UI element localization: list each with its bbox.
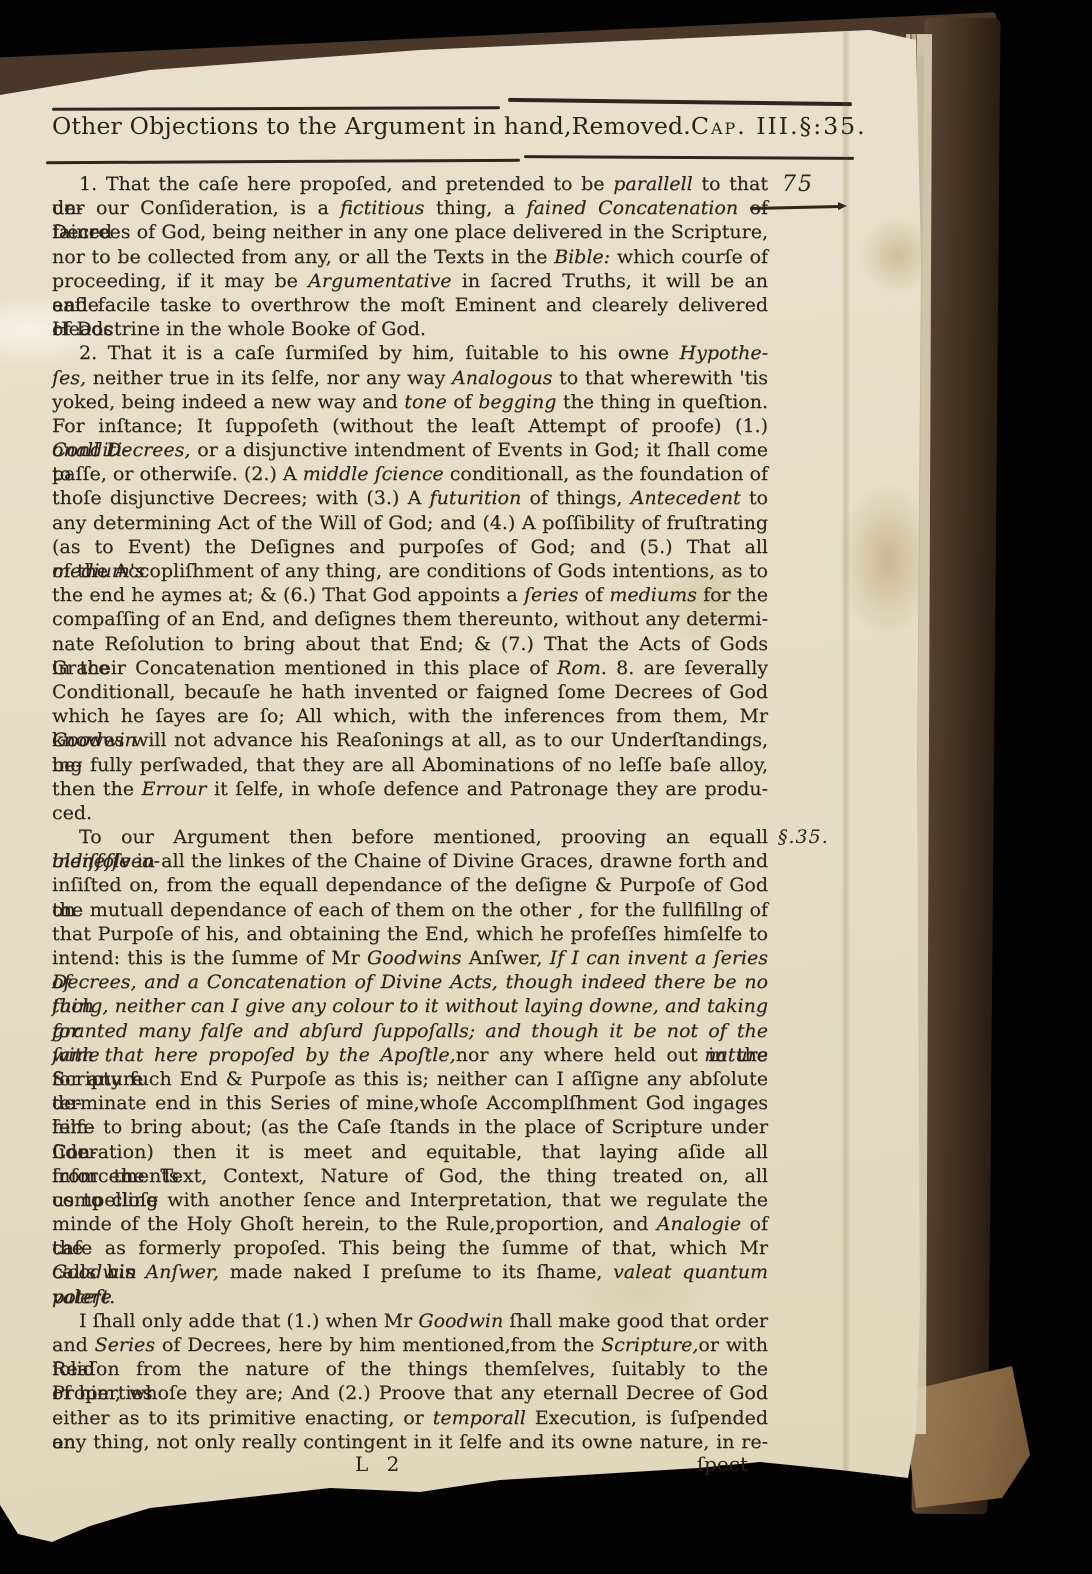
text-line: yoked, being indeed a new way and tone o…: [52, 390, 768, 414]
text-line: 2. That it is a caſe ſurmiſed by him, ſu…: [52, 341, 768, 365]
text-line: nate Reſolution to bring about that End;…: [52, 632, 768, 656]
text-line: poteſt.: [52, 1285, 768, 1309]
text-line: I ſhall only adde that (1.) when Mr Good…: [52, 1309, 768, 1333]
text-line: Decrees of God, being neither in any one…: [52, 220, 768, 244]
text-line: (as to Event) the Deſignes and purpoſes …: [52, 535, 768, 559]
text-line: minde of the Holy Ghoſt herein, to the R…: [52, 1212, 768, 1236]
text-line: Decrees, and a Concatenation of Divine A…: [52, 970, 768, 994]
text-line: intend: this is the ſumme of Mr Goodwins…: [52, 946, 768, 970]
photo-background: Other Objections to the Argument in hand…: [0, 0, 1092, 1574]
text-line: bleneſſe in all the linkes of the Chaine…: [52, 849, 768, 873]
text-line: onall Decrees, or a disjunctive intendme…: [52, 438, 768, 462]
page-number: 75: [782, 172, 814, 197]
text-column: 1. That the caſe here propoſed, and pret…: [52, 172, 768, 1454]
text-line: any thing, not only really contingent in…: [52, 1430, 768, 1454]
text-line: granted many falſe and abſurd ſuppoſalls…: [52, 1019, 768, 1043]
running-header: Other Objections to the Argument in hand…: [52, 112, 854, 140]
text-line: terminate end in this Series of mine,who…: [52, 1091, 768, 1115]
text-line: calls his Anſwer, made naked I preſume t…: [52, 1260, 768, 1284]
text-line: the mutuall dependance of each of them o…: [52, 898, 768, 922]
text-line: any determining Act of the Will of God; …: [52, 511, 768, 535]
text-line: with that here propoſed by the Apoſtle,n…: [52, 1043, 768, 1067]
signature-mark: L 2: [355, 1452, 405, 1476]
text-line: and facile taske to overthrow the moſt E…: [52, 293, 768, 317]
text-line: us to cloſe with another ſence and Inter…: [52, 1188, 768, 1212]
text-line: and Series of Decrees, here by him menti…: [52, 1333, 768, 1357]
text-line: from the Text, Context, Nature of God, t…: [52, 1164, 768, 1188]
text-line: Conditionall, becauſe he hath invented o…: [52, 680, 768, 704]
text-line: then the Errour it ſelfe, in whoſe defen…: [52, 777, 768, 801]
margin-section-note: §.35.: [778, 826, 829, 848]
text-line: that Purpoſe of his, and obtaining the E…: [52, 922, 768, 946]
text-line: ced.: [52, 801, 768, 825]
text-line: knowes will not advance his Reaſonings a…: [52, 728, 768, 752]
text-line: caſe as formerly propoſed. This being th…: [52, 1236, 768, 1260]
chapter-label: Cap. III.§:35.: [691, 112, 867, 140]
text-line: of Doctrine in the whole Booke of God.: [52, 317, 768, 341]
header-title: Other Objections to the Argument in hand…: [52, 112, 691, 140]
text-line: which he ſayes are ſo; All which, with t…: [52, 704, 768, 728]
text-line: To our Argument then before mentioned, p…: [52, 825, 768, 849]
text-line: thing, neither can I give any colour to …: [52, 994, 768, 1018]
text-line: der our Conſideration, is a fictitious t…: [52, 196, 768, 220]
page-footer: L 2 ſpect: [52, 1452, 768, 1478]
text-line: compaſſing of an End, and deſignes them …: [52, 607, 768, 631]
text-line: the end he aymes at; & (6.) That God app…: [52, 583, 768, 607]
text-line: Reaſon from the nature of the things the…: [52, 1357, 768, 1381]
text-line: nor to be collected from any, or all the…: [52, 245, 768, 269]
text-line: proceeding, if it may be Argumentative i…: [52, 269, 768, 293]
text-line: ſes, neither true in its ſelfe, nor any …: [52, 366, 768, 390]
text-line: of him, whoſe they are; And (2.) Proove …: [52, 1381, 768, 1405]
text-line: for any ſuch End & Purpoſe as this is; n…: [52, 1067, 768, 1091]
text-line: ſelfe to bring about; (as the Caſe ſtand…: [52, 1115, 768, 1139]
text-line: paſſe, or otherwiſe. (2.) A middle ſcien…: [52, 462, 768, 486]
text-line: in their Concatenation mentioned in this…: [52, 656, 768, 680]
text-line: thoſe disjunctive Decrees; with (3.) A f…: [52, 486, 768, 510]
text-line: inſiſted on, from the equall dependance …: [52, 873, 768, 897]
catchword: ſpect: [697, 1452, 748, 1476]
text-line: ſideration) then it is meet and equitabl…: [52, 1140, 768, 1164]
text-line: ing fully perſwaded, that they are all A…: [52, 753, 768, 777]
text-line: of the Accopliſhment of any thing, are c…: [52, 559, 768, 583]
text-line: either as to its primitive enacting, or …: [52, 1406, 768, 1430]
text-line: For inſtance; It ſuppoſeth (without the …: [52, 414, 768, 438]
text-line: 1. That the caſe here propoſed, and pret…: [52, 172, 768, 196]
